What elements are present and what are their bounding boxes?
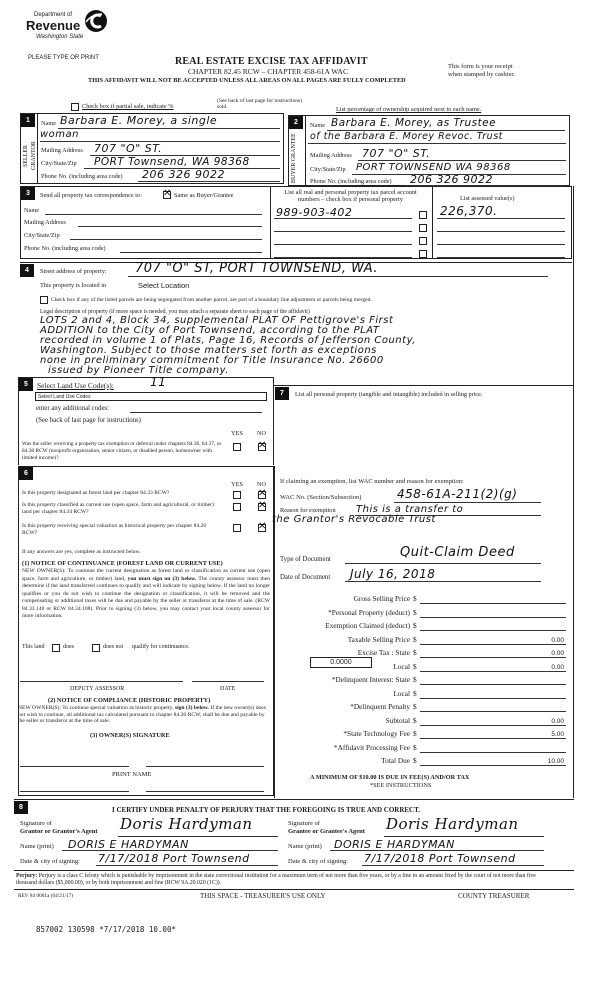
amount-row: Subtotal$0.00 bbox=[296, 716, 586, 728]
amount-row: Local$ bbox=[296, 689, 586, 701]
segregated-checkbox[interactable] bbox=[40, 296, 48, 304]
grantee-name-field[interactable]: DORIS E HARDYMAN bbox=[334, 838, 455, 851]
buyer-mailing-label: Mailing Address bbox=[310, 152, 352, 159]
amount-label: Subtotal bbox=[386, 716, 410, 725]
dollar-sign: $ bbox=[413, 743, 417, 752]
notice1-bold: you must sign on (3) below. bbox=[128, 576, 197, 582]
amount-value-field[interactable] bbox=[420, 743, 566, 753]
exemption-no-checkbox[interactable] bbox=[258, 443, 266, 451]
notice2-body: NEW OWNER(S): To continue special valuat… bbox=[18, 705, 270, 725]
doc-type-label: Type of Document bbox=[280, 556, 331, 563]
wac-field[interactable]: 458-61A-211(2)(g) bbox=[397, 487, 517, 501]
amount-row: *Delinquent Penalty$ bbox=[296, 702, 586, 714]
section-number-8: 8 bbox=[14, 801, 28, 814]
dollar-sign: $ bbox=[413, 716, 417, 725]
forest-yes-checkbox[interactable] bbox=[233, 503, 241, 511]
print-name-label: PRINT NAME bbox=[112, 771, 151, 778]
dollar-sign: $ bbox=[413, 594, 417, 603]
amount-label: Total Due bbox=[381, 756, 410, 765]
same-as-buyer-checkbox[interactable] bbox=[163, 191, 171, 199]
notice2-body-a: NEW OWNER(S): To continue special valuat… bbox=[18, 705, 173, 711]
amount-row: Taxable Selling Price$0.00 bbox=[296, 635, 586, 647]
does-checkbox[interactable] bbox=[52, 644, 60, 652]
seller-city-label: City/State/Zip bbox=[41, 160, 77, 167]
receipt-note-2: when stamped by cashier. bbox=[448, 71, 515, 78]
amount-row: Total Due$10.00 bbox=[296, 756, 586, 768]
forest-yes-checkbox[interactable] bbox=[233, 524, 241, 532]
ownership-note: List percentage of ownership acquired ne… bbox=[336, 106, 481, 113]
owner-signature-label: (3) OWNER(S) SIGNATURE bbox=[90, 732, 170, 739]
grantee-date-label: Date & city of signing: bbox=[288, 858, 348, 865]
land-use-see-back: (See back of last page for instructions) bbox=[36, 417, 141, 424]
amount-value-field[interactable]: 10.00 bbox=[420, 756, 566, 766]
seller-phone-label: Phone No. (including area code) bbox=[41, 173, 123, 180]
correspondence-label: Send all property tax correspondence to: bbox=[40, 192, 142, 199]
minimum-note: A MINIMUM OF $10.00 IS DUE IN FEE(S) AND… bbox=[310, 774, 469, 781]
buyer-name-label: Name bbox=[310, 122, 325, 129]
treasurer-use: THIS SPACE - TREASURER'S USE ONLY bbox=[200, 892, 326, 900]
buyer-mailing-field[interactable]: 707 "O" ST. bbox=[362, 147, 430, 160]
land-use-no-header: NO bbox=[257, 430, 266, 437]
section-number-2: 2 bbox=[289, 116, 303, 129]
buyer-grantee-label: BUYER GRANTEE bbox=[290, 132, 304, 184]
segregated-label: Check box if any of the listed parcels a… bbox=[51, 297, 372, 303]
does-not-checkbox[interactable] bbox=[92, 644, 100, 652]
form-title: REAL ESTATE EXCISE TAX AFFIDAVIT bbox=[175, 56, 368, 67]
wac-label: WAC No. (Section/Subsection) bbox=[280, 494, 361, 501]
amount-value-field[interactable] bbox=[420, 689, 566, 699]
grantee-date-field[interactable]: 7/17/2018 Port Townsend bbox=[364, 852, 516, 865]
amount-label: Local bbox=[393, 689, 410, 698]
grantee-sig-label-1: Signature of bbox=[288, 820, 320, 827]
doc-type-field[interactable]: Quit-Claim Deed bbox=[400, 545, 515, 560]
buyer-phone-label: Phone No. (including area code) bbox=[310, 178, 392, 185]
partial-sale-label: Check box if partial sale, indicate % bbox=[82, 103, 173, 110]
amount-row: *Personal Property (deduct)$ bbox=[296, 608, 586, 620]
does-not-label: does not bbox=[103, 644, 123, 650]
amount-label: Local bbox=[393, 662, 410, 671]
seller-mailing-field[interactable]: 707 "O" ST. bbox=[94, 142, 162, 155]
forest-no-header: NO bbox=[257, 481, 266, 488]
amount-label: Exemption Claimed (deduct) bbox=[325, 621, 410, 630]
corr-phone-label: Phone No. (including area code) bbox=[24, 245, 106, 252]
amount-value-field[interactable]: 0.00 bbox=[420, 662, 566, 672]
date-label: DATE bbox=[220, 686, 235, 692]
agency-line3: Washington State bbox=[36, 34, 83, 40]
parcel-number-field[interactable]: 989-903-402 bbox=[276, 206, 352, 219]
dor-swirl-icon bbox=[84, 8, 108, 34]
qualify-label: qualify for continuance. bbox=[132, 644, 189, 650]
located-label: This property is located in bbox=[40, 282, 106, 289]
amount-value-field[interactable] bbox=[420, 675, 566, 685]
amount-value-field[interactable] bbox=[420, 702, 566, 712]
dollar-sign: $ bbox=[413, 662, 417, 671]
assessed-header: List assessed value(s) bbox=[460, 195, 515, 202]
grantor-sig-label-1: Signature of bbox=[20, 820, 52, 827]
reason-field-line2[interactable]: the Grantor's Revocable Trust bbox=[272, 514, 436, 525]
forest-yes-checkbox[interactable] bbox=[233, 491, 241, 499]
county-treasurer: COUNTY TREASURER bbox=[458, 892, 529, 900]
does-label: does bbox=[63, 644, 74, 650]
form-chapter: CHAPTER 82.45 RCW – CHAPTER 458-61A WAC bbox=[188, 67, 348, 76]
location-select[interactable]: Select Location bbox=[138, 281, 189, 290]
dollar-sign: $ bbox=[413, 648, 417, 657]
street-address-field[interactable]: 707 "O" ST, PORT TOWNSEND, WA. bbox=[135, 261, 378, 276]
sold-label: sold. bbox=[217, 104, 228, 110]
amount-label: Excise Tax : State bbox=[358, 648, 410, 657]
amount-value-field[interactable]: 0.00 bbox=[420, 648, 566, 658]
forest-no-checkbox[interactable] bbox=[258, 524, 266, 532]
treasurer-stamp: 857002 130598 *7/17/2018 10.00* bbox=[36, 925, 176, 934]
grantee-sig-label-2: Grantee or Grantee's Agent bbox=[288, 828, 365, 835]
agency-line2: Revenue bbox=[26, 18, 80, 33]
section-number-7: 7 bbox=[275, 387, 289, 400]
amount-label: *Delinquent Penalty bbox=[350, 702, 410, 711]
buyer-phone-field[interactable]: 206 326 9022 bbox=[410, 173, 493, 186]
personal-property-checkbox[interactable] bbox=[419, 211, 427, 219]
dollar-sign: $ bbox=[413, 729, 417, 738]
amount-value-field[interactable]: 5.00 bbox=[420, 729, 566, 739]
this-land-label: This land bbox=[22, 644, 45, 650]
section-number-3: 3 bbox=[21, 187, 35, 200]
buyer-city-label: City/State/Zip bbox=[310, 166, 346, 173]
grantor-signature[interactable]: Doris Hardyman bbox=[120, 815, 253, 833]
section-number-6: 6 bbox=[19, 467, 33, 480]
notice1-title: (1) NOTICE OF CONTINUANCE (FOREST LAND O… bbox=[22, 560, 223, 567]
owner-signature-line[interactable] bbox=[20, 766, 129, 767]
print-name-line[interactable] bbox=[20, 791, 129, 792]
grantor-name-field[interactable]: DORIS E HARDYMAN bbox=[68, 838, 189, 851]
amount-row: *Delinquent Interest: State$ bbox=[296, 675, 586, 687]
section-number-5: 5 bbox=[19, 378, 33, 391]
amount-value-field[interactable]: 0.00 bbox=[420, 635, 566, 645]
additional-codes-label: enter any additional codes: bbox=[36, 405, 109, 412]
forest-yes-header: YES bbox=[231, 481, 243, 488]
dor-logo: Department of Revenue Washington State bbox=[28, 8, 108, 48]
amount-label: *State Technology Fee bbox=[343, 729, 410, 738]
amount-value-field[interactable] bbox=[420, 594, 566, 604]
notice1-body-b: The county assessor must then determine … bbox=[22, 576, 270, 620]
grantor-sig-label-2: Grantor or Grantor's Agent bbox=[20, 828, 98, 835]
personal-property-label: List all personal property (tangible and… bbox=[295, 390, 565, 399]
dollar-sign: $ bbox=[413, 621, 417, 630]
grantor-name-label: Name (print) bbox=[20, 843, 54, 850]
partial-sale-checkbox[interactable] bbox=[71, 103, 79, 111]
land-use-yes-header: YES bbox=[231, 430, 243, 437]
dollar-sign: $ bbox=[413, 756, 417, 765]
land-use-value[interactable]: 11 bbox=[150, 375, 166, 389]
seller-city-field[interactable]: PORT Townsend, WA 98368 bbox=[94, 156, 250, 168]
see-back-note: (See back of last page for instructions) bbox=[217, 98, 302, 104]
local-rate-field[interactable]: 0.0000 bbox=[310, 657, 372, 668]
dollar-sign: $ bbox=[413, 608, 417, 617]
form-warning: THIS AFFIDAVIT WILL NOT BE ACCEPTED UNLE… bbox=[88, 77, 406, 84]
amount-value-field[interactable]: 0.00 bbox=[420, 716, 566, 726]
seller-phone-field[interactable]: 206 326 9022 bbox=[142, 168, 225, 181]
amount-row: *Affidavit Processing Fee$ bbox=[296, 743, 586, 755]
notice2-title: (2) NOTICE OF COMPLIANCE (HISTORIC PROPE… bbox=[48, 697, 210, 704]
reason-label: Reason for exemption bbox=[280, 507, 336, 514]
rev-number: REV 84 0001a (04/21/17) bbox=[18, 893, 73, 899]
amount-value-field[interactable] bbox=[420, 608, 566, 618]
buyer-name-field-line2[interactable]: of the Barbara E. Morey Revoc. Trust bbox=[310, 131, 503, 142]
exemption-question: Was the seller receiving a property tax … bbox=[22, 441, 227, 462]
section-number-1: 1 bbox=[21, 114, 35, 127]
amount-label: Gross Selling Price bbox=[354, 594, 410, 603]
personal-property-checkbox[interactable] bbox=[419, 224, 427, 232]
grantee-name-label: Name (print) bbox=[288, 843, 322, 850]
dollar-sign: $ bbox=[413, 702, 417, 711]
notice1-body: NEW OWNER(S): To continue the current de… bbox=[22, 568, 270, 621]
forest-question: Is this property receiving special valua… bbox=[22, 523, 222, 537]
this-land-row: This land bbox=[22, 644, 45, 650]
land-use-dropdown[interactable]: Select Land Use Codes bbox=[35, 392, 267, 401]
notice2-bold: sign (3) below. bbox=[175, 705, 209, 711]
doc-date-field[interactable]: July 16, 2018 bbox=[350, 567, 435, 581]
land-use-label: Select Land Use Code(s): bbox=[37, 381, 114, 390]
corr-name-label: Name bbox=[24, 207, 39, 214]
assessed-value-field[interactable]: 226,370. bbox=[440, 204, 497, 218]
corr-city-label: City/State/Zip bbox=[24, 232, 60, 239]
exemption-yes-checkbox[interactable] bbox=[233, 443, 241, 451]
grantor-date-field[interactable]: 7/17/2018 Port Townsend bbox=[98, 852, 250, 865]
amount-label: *Affidavit Processing Fee bbox=[334, 743, 410, 752]
please-type: PLEASE TYPE OR PRINT bbox=[28, 55, 99, 61]
dollar-sign: $ bbox=[413, 635, 417, 644]
parcel-header: List all real and personal property tax … bbox=[273, 189, 428, 203]
amount-label: *Personal Property (deduct) bbox=[328, 608, 410, 617]
section-number-4: 4 bbox=[20, 264, 34, 277]
perjury-bold: Perjury: bbox=[16, 873, 37, 879]
buyer-name-field[interactable]: Barbara E. Morey, as Trustee bbox=[331, 117, 496, 129]
perjury-text: Perjury is a class C felony which is pun… bbox=[16, 873, 536, 886]
street-label: Street address of property: bbox=[40, 268, 107, 275]
receipt-note-1: This form is your receipt bbox=[448, 63, 513, 70]
seller-grantor-label: SELLER GRANTOR bbox=[22, 130, 36, 182]
same-as-buyer-label: Same as Buyer/Grantee bbox=[174, 192, 233, 199]
deputy-assessor-label: DEPUTY ASSESSOR bbox=[70, 686, 124, 692]
personal-property-checkbox[interactable] bbox=[419, 237, 427, 245]
if-yes-note: If any answers are yes, complete as inst… bbox=[22, 549, 141, 555]
seller-name-field-line2[interactable]: woman bbox=[40, 129, 79, 140]
amount-label: *Delinquent Interest: State bbox=[332, 675, 410, 684]
seller-name-label: Name bbox=[41, 120, 56, 127]
amount-row: *State Technology Fee$5.00 bbox=[296, 729, 586, 741]
exemption-intro: If claiming an exemption, list WAC numbe… bbox=[280, 478, 464, 485]
forest-no-checkbox[interactable] bbox=[258, 491, 266, 499]
amount-label: Taxable Selling Price bbox=[348, 635, 410, 644]
perjury-note: Perjury: Perjury is a class C felony whi… bbox=[16, 873, 551, 887]
corr-mailing-label: Mailing Address bbox=[24, 219, 66, 226]
forest-no-checkbox[interactable] bbox=[258, 503, 266, 511]
forest-question: Is this property designated as forest la… bbox=[22, 490, 222, 497]
buyer-city-field[interactable]: PORT TOWNSEND WA 98368 bbox=[356, 162, 511, 173]
forest-question: Is this property classified as current u… bbox=[22, 502, 222, 516]
certify-statement: I CERTIFY UNDER PENALTY OF PERJURY THAT … bbox=[112, 806, 420, 814]
amount-row: Gross Selling Price$ bbox=[296, 594, 586, 606]
doc-date-label: Date of Document bbox=[280, 574, 330, 581]
seller-mailing-label: Mailing Address bbox=[41, 147, 83, 154]
dollar-sign: $ bbox=[413, 675, 417, 684]
amount-row: Exemption Claimed (deduct)$ bbox=[296, 621, 586, 633]
see-instructions: *SEE INSTRUCTIONS bbox=[370, 782, 431, 789]
dollar-sign: $ bbox=[413, 689, 417, 698]
amount-value-field[interactable] bbox=[420, 621, 566, 631]
legal-description-line: issued by Pioneer Title company. bbox=[48, 365, 229, 376]
personal-property-checkbox[interactable] bbox=[419, 250, 427, 258]
grantee-signature[interactable]: Doris Hardyman bbox=[386, 815, 519, 833]
grantor-date-label: Date & city of signing: bbox=[20, 858, 80, 865]
seller-name-field[interactable]: Barbara E. Morey, a single bbox=[60, 114, 217, 127]
